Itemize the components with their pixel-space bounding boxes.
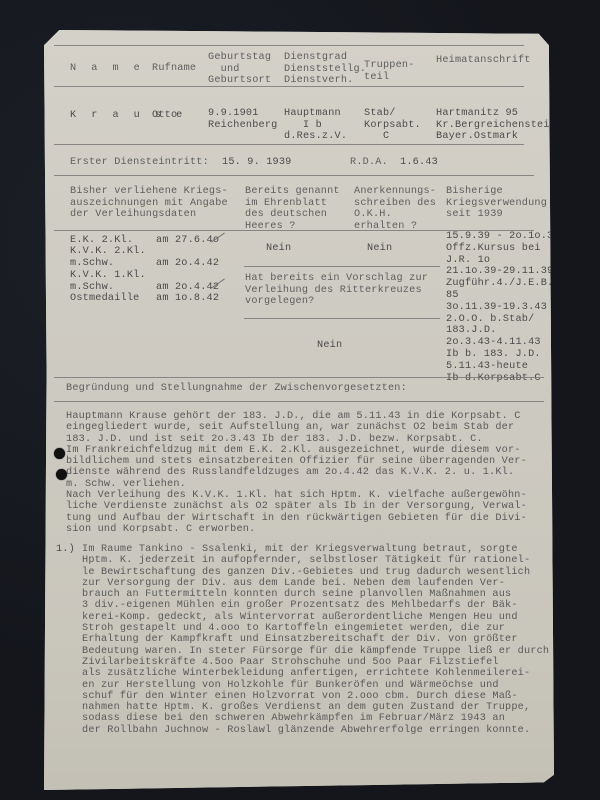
record-rufname: Otto [152, 110, 177, 122]
awards-header: Bisher verliehene Kriegs- auszeichnungen… [70, 186, 228, 221]
award-kvk1: K.V.K. 1.Kl. m.Schw. [70, 270, 146, 293]
award-ostmedaille: Ostmedaille [70, 293, 139, 305]
document-page: N a m e Rufname Geburtstag und Geburtsor… [44, 30, 554, 790]
punch-hole [56, 469, 67, 480]
point-number: 1.) [56, 544, 75, 556]
first-entry-date: 15. 9. 1939 [222, 157, 291, 169]
award-ek2-date: am 27.6.4o [156, 235, 219, 247]
record-anschrift: Hartmanitz 95 Kr.Bergreichenstein Bayer.… [436, 108, 556, 143]
text-line: schuf für den Winter einen Holzvorrat vo… [82, 691, 552, 702]
okh-header: Anerkennungs- schreiben des O.K.H. erhal… [354, 186, 436, 232]
text-line: Im Raume Tankino - Ssalenki, mit der Kri… [82, 544, 552, 555]
rda-label: R.D.A. [350, 157, 388, 169]
rule [54, 144, 524, 145]
text-line: Erhaltung der Kampfkraft und Einsatzbere… [82, 634, 552, 645]
punch-hole [54, 448, 65, 459]
verwendung-list: 15.9.39 - 2o.1o.39 Offz.Kursus bei J.R. … [446, 231, 560, 384]
justification-point-1: Im Raume Tankino - Ssalenki, mit der Kri… [82, 544, 552, 736]
award-kvk2: K.V.K. 2.Kl. m.Schw. [70, 246, 146, 269]
text-line: brauch an Futtermitteln konnten durch se… [82, 589, 552, 600]
col-geburt-label: Geburtstag und Geburtsort [208, 52, 271, 87]
rule [244, 266, 440, 267]
text-line: Im Frankreichfeldzug mit dem E.K. 2.Kl. … [66, 445, 546, 456]
text-line: zur Versorgung der Div. aus dem Lande be… [82, 578, 552, 589]
award-kvk1-date: am 2o.4.42 [156, 270, 219, 293]
text-line: Stroh gestapelt und 4.ooo to Kartoffeln … [82, 623, 552, 634]
text-line: Nach Verleihung des K.V.K. 1.Kl. hat sic… [66, 490, 546, 501]
col-name-label: N a m e [70, 63, 144, 75]
text-line: Zivilarbeitskräfte 4.5oo Paar Strohschuh… [82, 657, 552, 668]
ritterkreuz-answer: Nein [317, 340, 342, 352]
rule [54, 377, 544, 378]
text-line: 3 div.-eigenen Mühlen ein großer Prozent… [82, 600, 552, 611]
text-line: eingegliedert wurde, seit Aufstellung an… [66, 422, 546, 433]
rule [54, 45, 524, 46]
okh-answer: Nein [367, 243, 392, 255]
first-entry-label: Erster Diensteintritt: [70, 157, 209, 169]
col-truppenteil-label: Truppen- teil [364, 60, 415, 83]
award-kvk2-date: am 2o.4.42 [156, 246, 219, 269]
award-ek2: E.K. 2.Kl. [70, 235, 133, 247]
text-line: kerei-Komp. gedeckt, als Wintervorrat au… [82, 612, 552, 623]
col-dienstgrad-label: Dienstgrad Dienststellg. Dienstverh. [284, 52, 366, 87]
text-line: en zur Herstellung von Holzkohle für Bun… [82, 680, 552, 691]
text-line: Bedeutung waren. In steter Fürsorge für … [82, 646, 552, 657]
record-truppenteil: Stab/ Korpsabt. C [364, 108, 421, 143]
rda-date: 1.6.43 [400, 157, 438, 169]
text-line: le Bewirtschaftung des ganzen Div.-Gebie… [82, 567, 552, 578]
text-line: der Rollbahn Juchnow - Roslawl glänzende… [82, 725, 552, 736]
justification-paragraph: Hauptmann Krause gehört der 183. J.D., d… [66, 411, 546, 535]
verwendung-header: Bisherige Kriegsverwendung seit 1939 [446, 186, 547, 221]
record-geburt: 9.9.1901 Reichenberg [208, 108, 277, 131]
text-line: nahmen hatte Hptm. K. großes Verdienst a… [82, 702, 552, 713]
col-anschrift-label: Heimatanschrift [436, 55, 531, 67]
text-line: Hptm. K. jederzeit in aufopfernder, selb… [82, 555, 552, 566]
ehrenblatt-answer: Nein [266, 243, 291, 255]
rule [54, 86, 524, 87]
text-line: liche Verdienste zunächst als O2 später … [66, 501, 546, 512]
text-line: als zusätzliche Winterbekleidung anferti… [82, 668, 552, 679]
text-line: sodass diese bei den schweren Abwehrkämp… [82, 713, 552, 724]
text-line: dienste während des Russlandfeldzuges am… [66, 467, 546, 478]
record-dienstgrad: Hauptmann I b d.Res.z.V. [284, 108, 347, 143]
justification-heading: Begründung und Stellungnahme der Zwische… [66, 383, 407, 395]
rule [54, 175, 534, 176]
rule [54, 401, 544, 402]
text-line: bildlichem und stets einsatzbereiten Off… [66, 456, 546, 467]
award-ostmedaille-date: am 1o.8.42 [156, 293, 219, 305]
text-line: sion und Korpsabt. C erworben. [66, 524, 546, 535]
col-rufname-label: Rufname [152, 63, 196, 75]
ritterkreuz-question: Hat bereits ein Vorschlag zur Verleihung… [245, 273, 428, 308]
rule [244, 318, 440, 319]
text-line: m. Schw. verliehen. [66, 479, 546, 490]
text-line: tung und Aufbau der Wirtschaft in den rü… [66, 513, 546, 524]
text-line: 183. J.D. und ist seit 2o.3.43 Ib der 18… [66, 434, 546, 445]
ehrenblatt-header: Bereits genannt im Ehrenblatt des deutsc… [245, 186, 340, 232]
text-line: Hauptmann Krause gehört der 183. J.D., d… [66, 411, 546, 422]
